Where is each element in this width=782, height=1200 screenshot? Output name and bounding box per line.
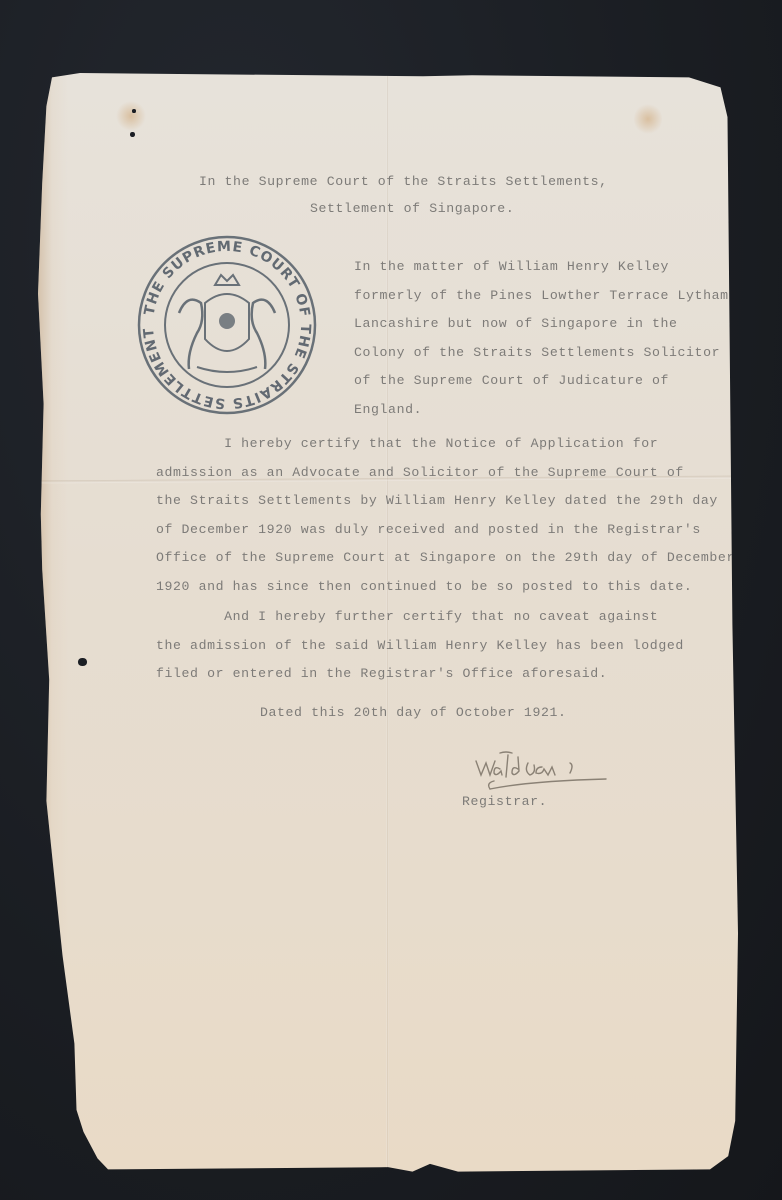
certificate-line: the Straits Settlements by William Henry… [156,493,718,508]
court-heading-line1: In the Supreme Court of the Straits Sett… [199,168,608,197]
matter-line: In the matter of William Henry Kelley [354,259,669,274]
matter-line: Colony of the Straits Settlements Solici… [354,345,720,360]
certificate-paragraph: I hereby certify that the Notice of Appl… [156,430,752,601]
matter-block: In the matter of William Henry Kelley fo… [354,253,729,424]
matter-line: England. [354,402,422,417]
punch-hole [78,658,87,666]
certificate-line: of December 1920 was duly received and p… [156,522,701,537]
matter-line: formerly of the Pines Lowther Terrace Ly… [354,288,729,303]
pin-hole [132,109,136,113]
further-certificate-line: filed or entered in the Registrar's Offi… [156,666,607,681]
further-certificate-paragraph: And I hereby further certify that no cav… [156,603,684,689]
rust-stain [634,103,662,135]
further-certificate-line: And I hereby further certify that no cav… [156,609,658,624]
further-certificate-line: the admission of the said William Henry … [156,638,684,653]
pin-hole [130,132,135,137]
registrar-title: Registrar. [462,788,547,817]
certificate-line: admission as an Advocate and Solicitor o… [156,465,684,480]
court-heading-line2: Settlement of Singapore. [310,195,514,224]
matter-line: of the Supreme Court of Judicature of [354,373,669,388]
document-page: In the Supreme Court of the Straits Sett… [38,73,738,1176]
certificate-line: Office of the Supreme Court at Singapore… [156,550,752,565]
matter-line: Lancashire but now of Singapore in the [354,316,678,331]
court-seal-icon: THE SUPREME COURT OF THE STRAITS SETTLEM… [135,233,319,417]
dated-line: Dated this 20th day of October 1921. [260,699,567,728]
rust-stain [116,101,146,131]
certificate-line: I hereby certify that the Notice of Appl… [156,436,658,451]
certificate-line: 1920 and has since then continued to be … [156,579,692,594]
